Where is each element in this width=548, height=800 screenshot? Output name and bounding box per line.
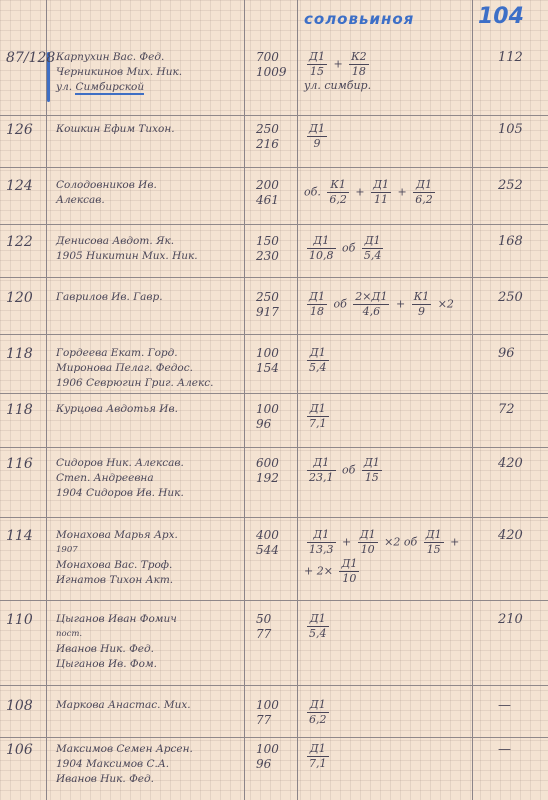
- allotment-formula: Д15,4: [304, 346, 474, 375]
- household-number: 118: [6, 346, 33, 362]
- row-divider: [0, 600, 548, 601]
- person-name: Гаврилов Ив. Гавр.: [56, 290, 246, 305]
- formula-line: Д110,8 об Д15,4: [304, 234, 474, 263]
- person-name: 1907: [56, 543, 246, 558]
- land-values: 5077: [256, 612, 296, 642]
- fraction: Д111: [371, 178, 391, 207]
- land-value: 400: [256, 528, 296, 543]
- household-names: Денисова Авдот. Як.1905 Никитин Мих. Ник…: [56, 234, 246, 264]
- land-value: 154: [256, 361, 296, 376]
- land-value: 100: [256, 402, 296, 417]
- allotment-formula: Д16,2: [304, 698, 474, 727]
- fraction: Д118: [307, 290, 327, 319]
- household-number: 116: [6, 456, 33, 472]
- person-name: Игнатов Тихон Акт.: [56, 573, 246, 588]
- land-values: 400544: [256, 528, 296, 558]
- person-name: пост.: [56, 627, 246, 642]
- row-divider: [0, 737, 548, 738]
- land-values: 150230: [256, 234, 296, 264]
- household-names: Монахова Марья Арх.1907Монахова Вас. Тро…: [56, 528, 246, 588]
- person-name: Иванов Ник. Фед.: [56, 772, 246, 787]
- formula-line: Д15,4: [304, 612, 474, 641]
- land-value: 150: [256, 234, 296, 249]
- household-number: 124: [6, 178, 33, 194]
- formula-line: ул. симбир.: [304, 79, 474, 93]
- fraction: Д113,3: [307, 528, 336, 557]
- land-values: 250917: [256, 290, 296, 320]
- household-names: Кошкин Ефим Тихон.: [56, 122, 246, 137]
- allotment-formula: Д15,4: [304, 612, 474, 641]
- land-value: 77: [256, 713, 296, 728]
- row-divider: [0, 685, 548, 686]
- land-value: 230: [256, 249, 296, 264]
- allotment-formula: Д17,1: [304, 402, 474, 431]
- person-name: 1906 Севрюгин Григ. Алекс.: [56, 376, 246, 391]
- land-value: 100: [256, 742, 296, 757]
- land-value: 96: [256, 757, 296, 772]
- person-name: 1905 Никитин Мих. Ник.: [56, 249, 246, 264]
- formula-line: Д16,2: [304, 698, 474, 727]
- fraction: Д110: [358, 528, 378, 557]
- person-name: Цыганов Иван Фомич: [56, 612, 246, 627]
- fraction: Д17,1: [307, 402, 329, 431]
- land-values: 250216: [256, 122, 296, 152]
- allotment-formula: Д19: [304, 122, 474, 151]
- allotment-formula: Д123,1 об Д115: [304, 456, 474, 485]
- fraction: К16,2: [327, 178, 349, 207]
- land-values: 200461: [256, 178, 296, 208]
- column-divider: [46, 0, 47, 800]
- fraction: Д115: [307, 50, 327, 79]
- person-name: Курцова Авдотья Ив.: [56, 402, 246, 417]
- person-name: Черникинов Мих. Ник.: [56, 65, 246, 80]
- formula-line: Д17,1: [304, 402, 474, 431]
- row-total: 210: [498, 612, 523, 627]
- land-value: 544: [256, 543, 296, 558]
- person-name: Степ. Андреевна: [56, 471, 246, 486]
- household-number: 120: [6, 290, 33, 306]
- fraction: Д19: [307, 122, 327, 151]
- person-name: Цыганов Ив. Фом.: [56, 657, 246, 672]
- household-names: Курцова Авдотья Ив.: [56, 402, 246, 417]
- column-divider: [244, 0, 245, 800]
- row-total: 252: [498, 178, 523, 193]
- person-name: Миронова Пелаг. Федос.: [56, 361, 246, 376]
- land-value: 1009: [256, 65, 296, 80]
- household-number: 126: [6, 122, 33, 138]
- household-names: Цыганов Иван Фомичпост.Иванов Ник. Фед.Ц…: [56, 612, 246, 672]
- row-total: 420: [498, 456, 523, 471]
- row-divider: [0, 393, 548, 394]
- household-names: Сидоров Ник. Алексав.Степ. Андреевна1904…: [56, 456, 246, 501]
- household-number: 118: [6, 402, 33, 418]
- person-name: Денисова Авдот. Як.: [56, 234, 246, 249]
- land-values: 600192: [256, 456, 296, 486]
- person-name: Монахова Марья Арх.: [56, 528, 246, 543]
- land-values: 10096: [256, 402, 296, 432]
- column-divider: [297, 0, 298, 800]
- land-values: 7001009: [256, 50, 296, 80]
- allotment-formula: Д17,1: [304, 742, 474, 771]
- household-names: Максимов Семен Арсен.1904 Максимов С.А.И…: [56, 742, 246, 787]
- land-value: 100: [256, 698, 296, 713]
- formula-line: об. К16,2 + Д111 + Д16,2: [304, 178, 474, 207]
- formula-line: Д115 + К218: [304, 50, 474, 79]
- person-name: 1904 Максимов С.А.: [56, 757, 246, 772]
- land-value: 917: [256, 305, 296, 320]
- row-divider: [0, 115, 548, 116]
- land-value: 77: [256, 627, 296, 642]
- allotment-formula: Д115 + К218ул. симбир.: [304, 50, 474, 93]
- land-value: 461: [256, 193, 296, 208]
- household-number: 106: [6, 742, 33, 758]
- land-value: 100: [256, 346, 296, 361]
- household-number: 108: [6, 698, 33, 714]
- fraction: Д110: [339, 557, 359, 586]
- formula-line: + 2× Д110: [304, 557, 474, 586]
- page-number: 104: [478, 4, 524, 29]
- row-divider: [0, 447, 548, 448]
- fraction: К19: [412, 290, 432, 319]
- land-value: 96: [256, 417, 296, 432]
- fraction: Д16,2: [413, 178, 435, 207]
- person-name: Иванов Ник. Фед.: [56, 642, 246, 657]
- row-total: 250: [498, 290, 523, 305]
- person-name: Алексав.: [56, 193, 246, 208]
- land-values: 10077: [256, 698, 296, 728]
- household-number: 122: [6, 234, 33, 250]
- fraction: 2×Д14,6: [353, 290, 389, 319]
- land-value: 50: [256, 612, 296, 627]
- person-name: Гордеева Екат. Горд.: [56, 346, 246, 361]
- formula-line: Д113,3 + Д110 ×2 об Д115 +: [304, 528, 474, 557]
- row-total: 168: [498, 234, 523, 249]
- land-value: 200: [256, 178, 296, 193]
- row-divider: [0, 167, 548, 168]
- row-total: 112: [498, 50, 523, 65]
- fraction: Д115: [424, 528, 444, 557]
- person-name: 1904 Сидоров Ив. Ник.: [56, 486, 246, 501]
- household-number: 110: [6, 612, 33, 628]
- person-name: Солодовников Ив.: [56, 178, 246, 193]
- person-name: Карпухин Вас. Фед.: [56, 50, 246, 65]
- land-values: 100154: [256, 346, 296, 376]
- household-names: Гордеева Екат. Горд.Миронова Пелаг. Федо…: [56, 346, 246, 391]
- person-name: Кошкин Ефим Тихон.: [56, 122, 246, 137]
- household-number: 114: [6, 528, 33, 544]
- fraction: Д123,1: [307, 456, 336, 485]
- person-name: ул. Симбирской: [56, 80, 246, 95]
- formula-line: Д118 об 2×Д14,6 + К19 ×2: [304, 290, 474, 319]
- row-total: 96: [498, 346, 515, 361]
- land-value: 216: [256, 137, 296, 152]
- row-divider: [0, 277, 548, 278]
- person-name: Сидоров Ник. Алексав.: [56, 456, 246, 471]
- person-name: Максимов Семен Арсен.: [56, 742, 246, 757]
- column-divider: [472, 0, 473, 800]
- row-total: 420: [498, 528, 523, 543]
- fraction: Д17,1: [307, 742, 329, 771]
- land-value: 600: [256, 456, 296, 471]
- row-total: 72: [498, 402, 515, 417]
- household-names: Солодовников Ив.Алексав.: [56, 178, 246, 208]
- fraction: Д110,8: [307, 234, 336, 263]
- fraction: Д15,4: [362, 234, 384, 263]
- land-value: 700: [256, 50, 296, 65]
- person-name: Монахова Вас. Троф.: [56, 558, 246, 573]
- row-divider: [0, 334, 548, 335]
- formula-line: Д123,1 об Д115: [304, 456, 474, 485]
- fraction: Д15,4: [307, 346, 329, 375]
- row-total: —: [498, 742, 511, 757]
- fraction: Д16,2: [307, 698, 329, 727]
- fraction: Д15,4: [307, 612, 329, 641]
- fraction: К218: [349, 50, 369, 79]
- allotment-formula: Д118 об 2×Д14,6 + К19 ×2: [304, 290, 474, 319]
- household-names: Гаврилов Ив. Гавр.: [56, 290, 246, 305]
- row-total: 105: [498, 122, 523, 137]
- formula-line: Д19: [304, 122, 474, 151]
- row-divider: [0, 517, 548, 518]
- household-names: Карпухин Вас. Фед.Черникинов Мих. Ник.ул…: [56, 50, 246, 95]
- ledger-page: соловьиноя 104 87/128Карпухин Вас. Фед.Ч…: [0, 0, 548, 800]
- row-divider: [0, 224, 548, 225]
- formula-line: Д15,4: [304, 346, 474, 375]
- person-name: Маркова Анастас. Мих.: [56, 698, 246, 713]
- allotment-formula: об. К16,2 + Д111 + Д16,2: [304, 178, 474, 207]
- land-values: 10096: [256, 742, 296, 772]
- formula-line: Д17,1: [304, 742, 474, 771]
- fraction: Д115: [362, 456, 382, 485]
- household-names: Маркова Анастас. Мих.: [56, 698, 246, 713]
- land-value: 192: [256, 471, 296, 486]
- row-total: —: [498, 698, 511, 713]
- household-number: 87/128: [6, 50, 55, 66]
- land-value: 250: [256, 122, 296, 137]
- land-value: 250: [256, 290, 296, 305]
- allotment-formula: Д113,3 + Д110 ×2 об Д115 ++ 2× Д110: [304, 528, 474, 586]
- allotment-formula: Д110,8 об Д15,4: [304, 234, 474, 263]
- village-heading: соловьиноя: [304, 10, 414, 28]
